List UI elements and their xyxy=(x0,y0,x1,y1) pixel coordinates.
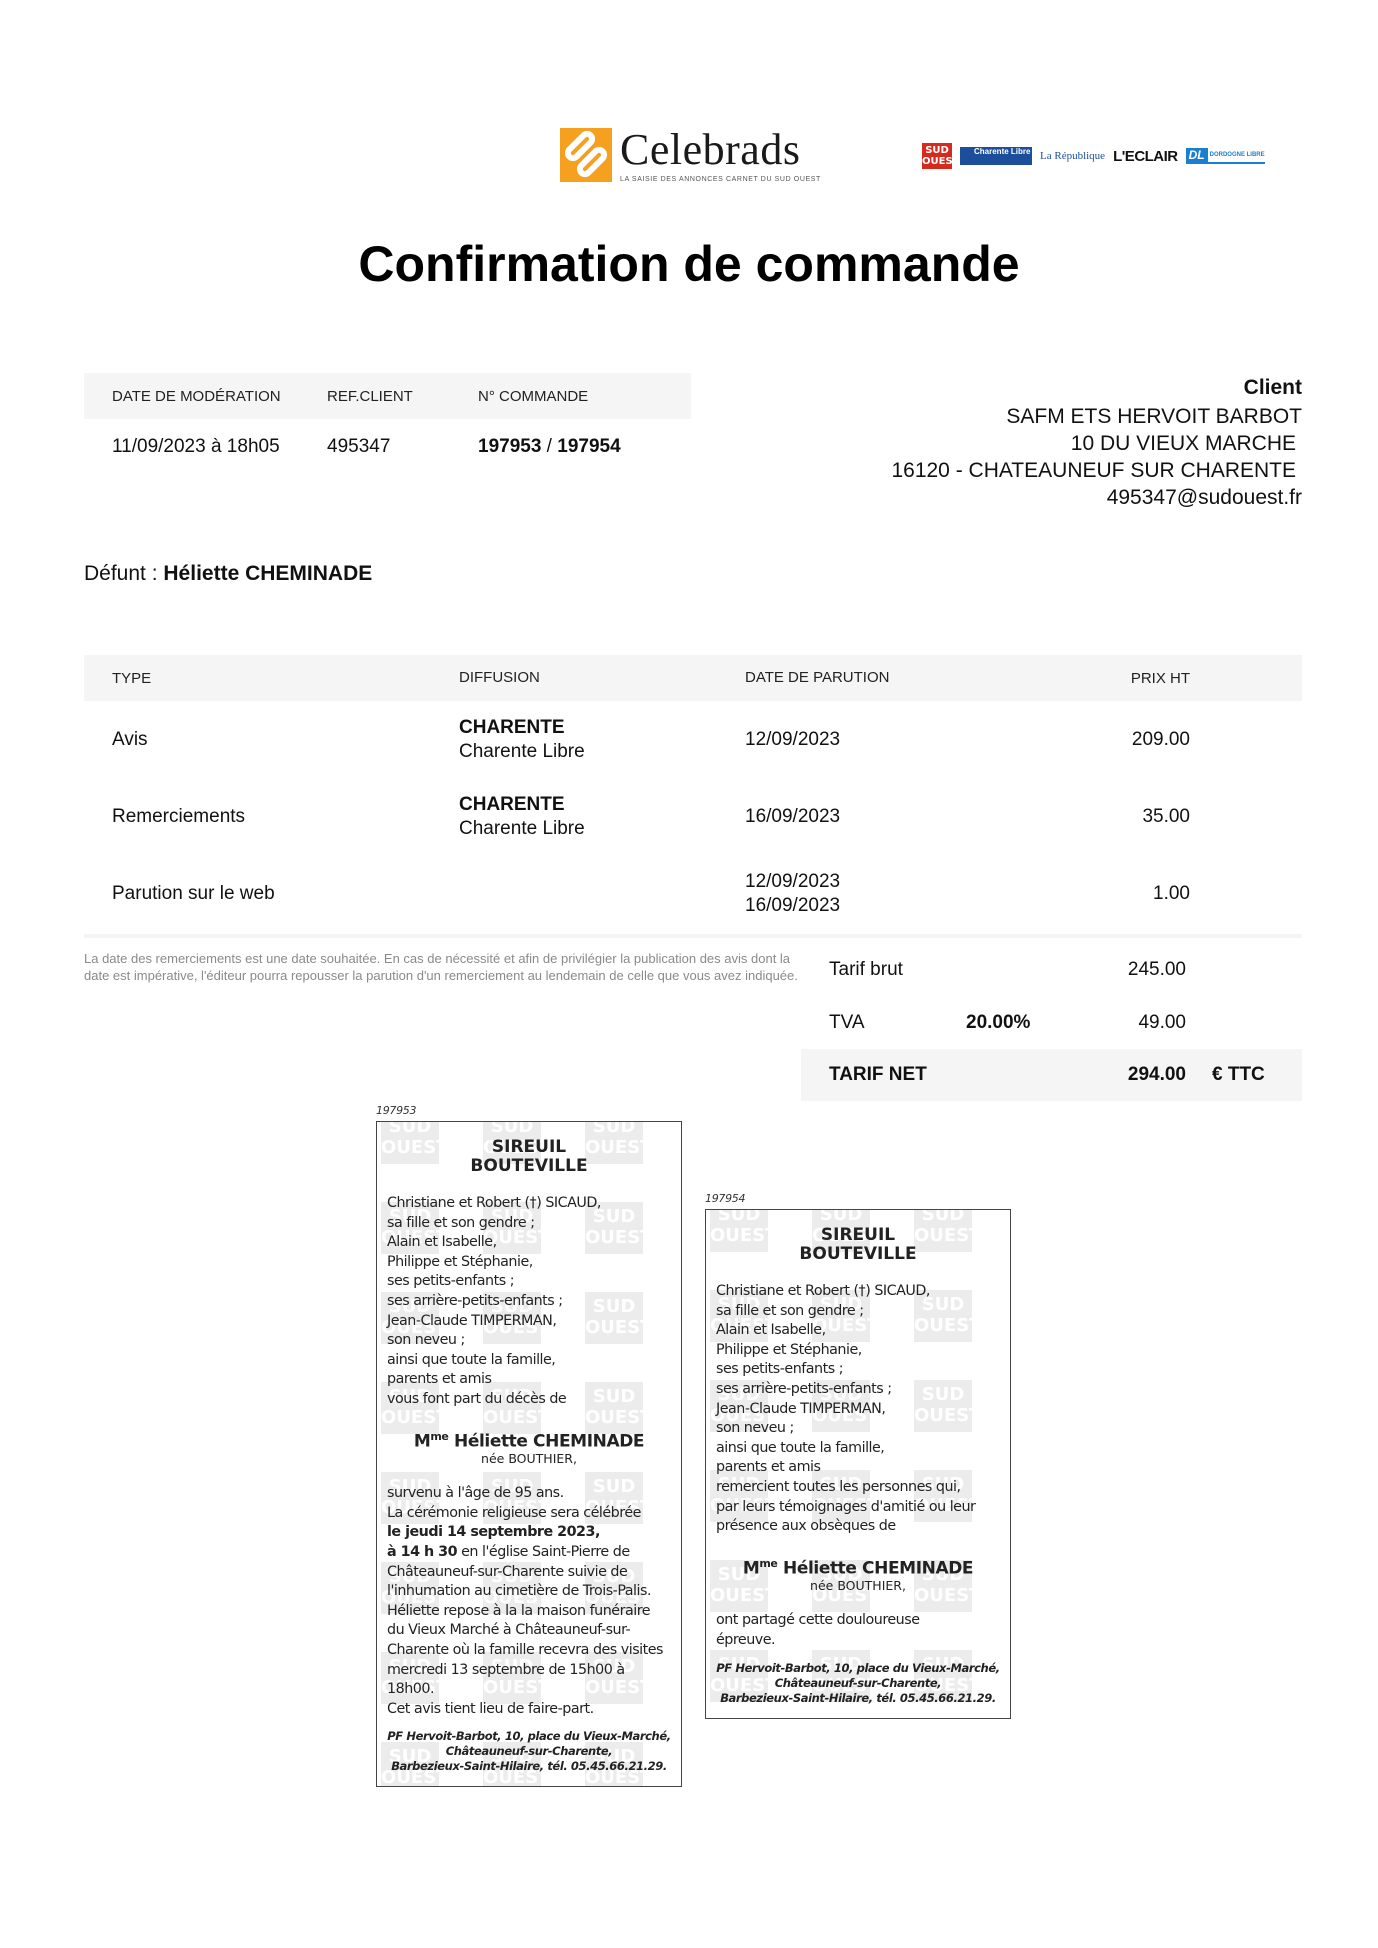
dordogne-libre-logo: DL DORDOGNE LIBRE xyxy=(1186,148,1265,164)
thanks-ad-preview: 197954 SUDOUESTSUDOUESTSUDOUESTSUDOUESTS… xyxy=(705,1192,1011,1719)
table-row: Parution sur le web 12/09/202316/09/2023… xyxy=(84,855,1302,932)
ad-box: SUDOUESTSUDOUESTSUDOUESTSUDOUESTSUDOUEST… xyxy=(376,1121,682,1787)
charente-libre-logo: Charente Libre xyxy=(960,147,1032,165)
deceased: Défunt : Héliette CHEMINADE xyxy=(84,562,372,586)
thanks-date-note: La date des remerciements est une date s… xyxy=(84,950,804,984)
obituary-ad-preview: 197953 SUDOUESTSUDOUESTSUDOUESTSUDOUESTS… xyxy=(376,1104,682,1787)
order-numbers: 197953 / 197954 xyxy=(478,436,691,458)
sud-ouest-logo: SUDOUEST xyxy=(922,143,952,169)
ad-location: SIREUILBOUTEVILLE xyxy=(387,1138,671,1176)
celebrads-logo-icon xyxy=(560,128,612,182)
deceased-name: Héliette CHEMINADE xyxy=(163,562,372,585)
ad-box: SUDOUESTSUDOUESTSUDOUESTSUDOUESTSUDOUEST… xyxy=(705,1209,1011,1719)
la-republique-logo: La République xyxy=(1040,150,1105,162)
client-address: 10 DU VIEUX MARCHE xyxy=(891,430,1302,457)
ad-deceased-name: Mme Héliette CHEMINADE xyxy=(716,1557,1000,1579)
client-email: 495347@sudouest.fr xyxy=(891,484,1302,511)
brand-name: Celebrads xyxy=(620,128,821,172)
gross-total-row: Tarif brut 245.00 xyxy=(801,943,1302,996)
ad-family: Christiane et Robert (†) SICAUD,sa fille… xyxy=(387,1194,671,1410)
client-name: SAFM ETS HERVOIT BARBOT xyxy=(891,403,1302,430)
moderation-date: 11/09/2023 à 18h05 xyxy=(84,436,327,458)
ad-signature: PF Hervoit-Barbot, 10, place du Vieux-Ma… xyxy=(387,1729,671,1774)
ad-signature: PF Hervoit-Barbot, 10, place du Vieux-Ma… xyxy=(716,1661,1000,1706)
client-label: Client xyxy=(891,374,1302,401)
eclair-logo: L'ECLAIR xyxy=(1113,148,1178,165)
celebrads-logo: Celebrads LA SAISIE DES ANNONCES CARNET … xyxy=(560,128,821,183)
net-total-row: TARIF NET 294.00 € TTC xyxy=(801,1049,1302,1101)
ad-details: ont partagé cette douloureuseépreuve. xyxy=(716,1611,1000,1650)
ad-location: SIREUILBOUTEVILLE xyxy=(716,1226,1000,1264)
table-row: Remerciements CHARENTECharente Libre 16/… xyxy=(84,778,1302,855)
ad-number: 197953 xyxy=(376,1104,682,1117)
vat-row: TVA 20.00% 49.00 xyxy=(801,996,1302,1049)
order-info: DATE DE MODÉRATION REF.CLIENT N° COMMAND… xyxy=(84,373,691,475)
page-title: Confirmation de commande xyxy=(0,235,1378,293)
items-table-header: TYPE DIFFUSION DATE DE PARUTION PRIX HT xyxy=(84,655,1302,701)
items-table: TYPE DIFFUSION DATE DE PARUTION PRIX HT … xyxy=(84,655,1302,938)
client-city: 16120 - CHATEAUNEUF SUR CHARENTE xyxy=(891,457,1302,484)
partner-logos: SUDOUEST Charente Libre La République L'… xyxy=(922,143,1265,169)
ad-details: survenu à l'âge de 95 ans.La cérémonie r… xyxy=(387,1484,671,1719)
order-info-header: DATE DE MODÉRATION REF.CLIENT N° COMMAND… xyxy=(84,373,691,419)
ad-family: Christiane et Robert (†) SICAUD,sa fille… xyxy=(716,1282,1000,1537)
client-block: Client SAFM ETS HERVOIT BARBOT 10 DU VIE… xyxy=(891,374,1302,511)
brand-tagline: LA SAISIE DES ANNONCES CARNET DU SUD OUE… xyxy=(620,176,821,183)
order-info-values: 11/09/2023 à 18h05 495347 197953 / 19795… xyxy=(84,419,691,475)
client-reference: 495347 xyxy=(327,436,478,458)
table-row: Avis CHARENTECharente Libre 12/09/2023 2… xyxy=(84,701,1302,778)
ad-number: 197954 xyxy=(705,1192,1011,1205)
ad-deceased-name: Mme Héliette CHEMINADE xyxy=(387,1430,671,1452)
totals: Tarif brut 245.00 TVA 20.00% 49.00 TARIF… xyxy=(801,943,1302,1101)
